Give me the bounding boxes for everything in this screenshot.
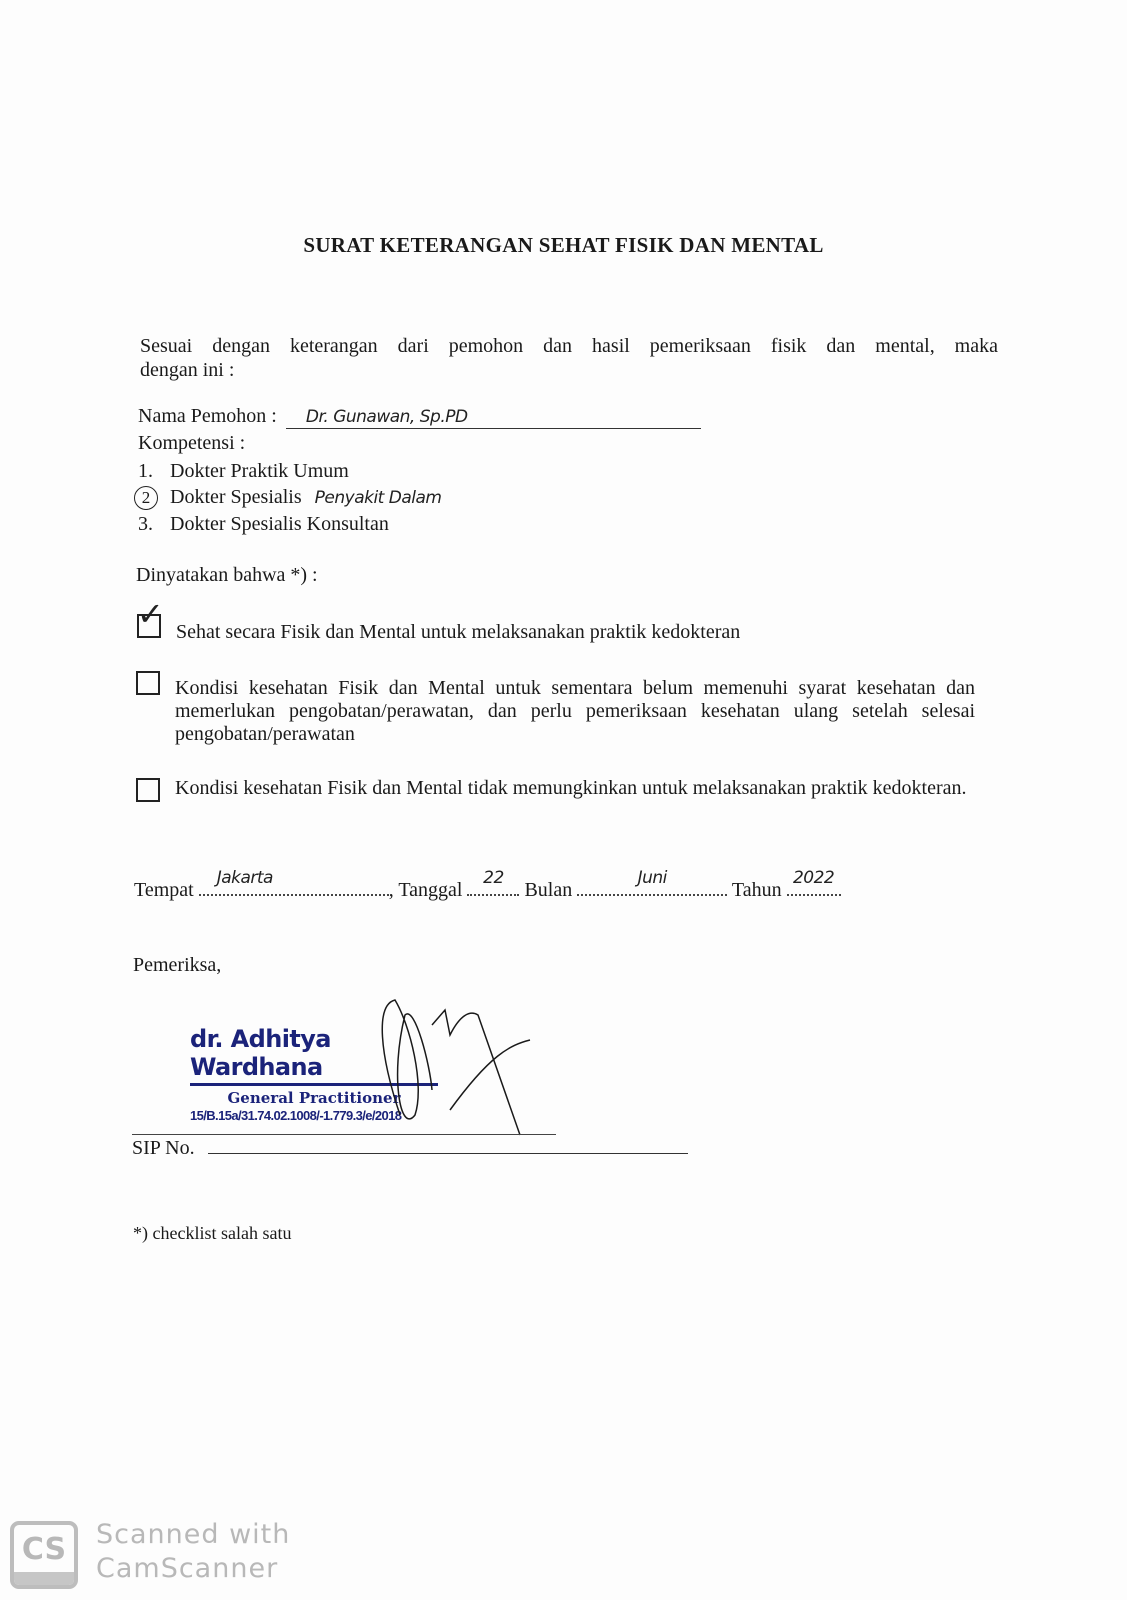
footnote: *) checklist salah satu — [133, 1223, 291, 1244]
camscanner-watermark: Scanned with CamScanner — [96, 1518, 290, 1586]
selected-circle-icon: 2 — [134, 486, 158, 510]
place-label: Tempat — [134, 879, 194, 901]
signature-icon — [370, 995, 570, 1145]
declared-label: Dinyatakan bahwa *) : — [136, 564, 318, 587]
date-field[interactable]: 22 — [467, 876, 519, 896]
examiner-label: Pemeriksa, — [133, 954, 221, 977]
year-field[interactable]: 2022 — [787, 876, 841, 896]
option-2-text: Kondisi kesehatan Fisik dan Mental untuk… — [175, 677, 975, 746]
option-1-text: Sehat secara Fisik dan Mental untuk mela… — [176, 621, 976, 644]
applicant-name-field[interactable]: Dr. Gunawan, Sp.PD — [286, 405, 701, 429]
year-label: Tahun — [732, 879, 782, 901]
intro-line-2: dengan ini : — [140, 359, 234, 381]
competence-item-3: 3.Dokter Spesialis Konsultan — [138, 513, 389, 536]
date-label: , Tanggal — [389, 879, 463, 901]
document-title: SURAT KETERANGAN SEHAT FISIK DAN MENTAL — [0, 233, 1127, 258]
intro-line-1: Sesuai dengan keterangan dari pemohon da… — [140, 334, 998, 358]
competence-label: Kompetensi : — [138, 432, 245, 455]
specialty-note: Penyakit Dalam — [315, 488, 442, 508]
applicant-row: Nama Pemohon : Dr. Gunawan, Sp.PD — [138, 405, 701, 429]
sip-field[interactable] — [208, 1137, 688, 1154]
option-3-text: Kondisi kesehatan Fisik dan Mental tidak… — [175, 777, 975, 800]
year-value: 2022 — [787, 868, 841, 888]
competence-item-1: 1.Dokter Praktik Umum — [138, 460, 349, 483]
sip-label: SIP No. — [132, 1137, 195, 1159]
camscanner-logo-icon: CS — [10, 1521, 78, 1589]
sip-row: SIP No. — [132, 1137, 688, 1160]
intro-paragraph: Sesuai dengan keterangan dari pemohon da… — [140, 334, 998, 382]
month-value: Juni — [577, 868, 727, 888]
option-3-checkbox[interactable] — [136, 778, 160, 802]
option-1-checkbox[interactable]: ✓ — [137, 614, 161, 638]
place-value: Jakarta — [217, 868, 389, 888]
applicant-label: Nama Pemohon : — [138, 405, 277, 427]
applicant-name: Dr. Gunawan, Sp.PD — [306, 407, 468, 427]
option-2-checkbox[interactable] — [136, 671, 160, 695]
checkmark-icon: ✓ — [137, 602, 164, 626]
competence-item-2: 2Dokter Spesialis Penyakit Dalam — [134, 486, 441, 510]
month-label: Bulan — [524, 879, 572, 901]
month-field[interactable]: Juni — [577, 876, 727, 896]
place-date-row: Tempat Jakarta, Tanggal 22 Bulan Juni Ta… — [134, 876, 841, 902]
signature-line — [132, 1134, 556, 1135]
date-value: 22 — [467, 868, 519, 888]
place-field[interactable]: Jakarta — [199, 876, 389, 896]
